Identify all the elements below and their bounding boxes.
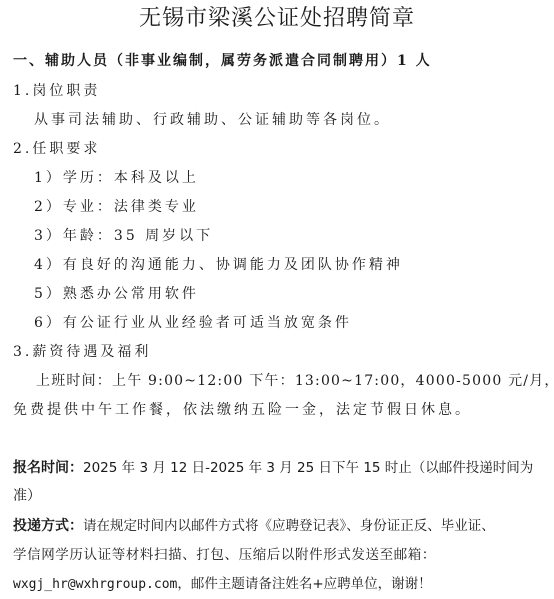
section-heading-assistant: 一、辅助人员（非事业编制，属劳务派遣合同制聘用）1 人 xyxy=(13,52,432,70)
delivery-line3: wxgj_hr@wxhrgroup.com，邮件主题请备注姓名+应聘单位，谢谢！ xyxy=(13,575,432,594)
requirement-item: 6）有公证行业从业经验者可适当放宽条件 xyxy=(34,314,352,332)
delivery-line2: 学信网学历认证等材料扫描、打包、压缩后以附件形式发送至邮箱： xyxy=(13,546,436,564)
duties-text: 从事司法辅助、行政辅助、公证辅助等各岗位。 xyxy=(34,111,391,129)
duties-heading: 1.岗位职责 xyxy=(13,82,100,100)
delivery-note: ，邮件主题请备注姓名+应聘单位，谢谢！ xyxy=(177,576,431,592)
registration-period: 2025 年 3 月 12 日-2025 年 3 月 25 日下午 15 时止（… xyxy=(83,460,533,476)
salary-text-line2: 免费提供中午工作餐，依法缴纳五险一金，法定节假日休息。 xyxy=(13,401,472,419)
contact-email[interactable]: wxgj_hr@wxhrgroup.com xyxy=(13,577,177,592)
registration-label: 报名时间： xyxy=(13,460,83,476)
requirement-item: 4）有良好的沟通能力、协调能力及团队协作精神 xyxy=(34,256,403,274)
delivery-line1: 投递方式：请在规定时间内以邮件方式将《应聘登记表》、身份证正反、毕业证、 xyxy=(13,517,495,535)
requirements-heading: 2.任职要求 xyxy=(13,140,100,158)
registration-line2: 准） xyxy=(13,487,41,505)
salary-heading: 3.薪资待遇及福利 xyxy=(13,343,151,361)
page-title: 无锡市梁溪公证处招聘简章 xyxy=(0,4,554,34)
requirement-item: 3）年龄：35 周岁以下 xyxy=(34,227,213,245)
delivery-label: 投递方式： xyxy=(13,518,83,534)
requirement-item: 1）学历：本科及以上 xyxy=(34,169,199,187)
salary-text-line1: 上班时间：上午 9:00~12:00 下午：13:00~17:00，4000-5… xyxy=(36,372,554,390)
requirement-item: 5）熟悉办公常用软件 xyxy=(34,285,199,303)
delivery-text: 请在规定时间内以邮件方式将《应聘登记表》、身份证正反、毕业证、 xyxy=(83,518,495,534)
requirement-item: 2）专业：法律类专业 xyxy=(34,198,199,216)
registration-line1: 报名时间：2025 年 3 月 12 日-2025 年 3 月 25 日下午 1… xyxy=(13,459,533,477)
